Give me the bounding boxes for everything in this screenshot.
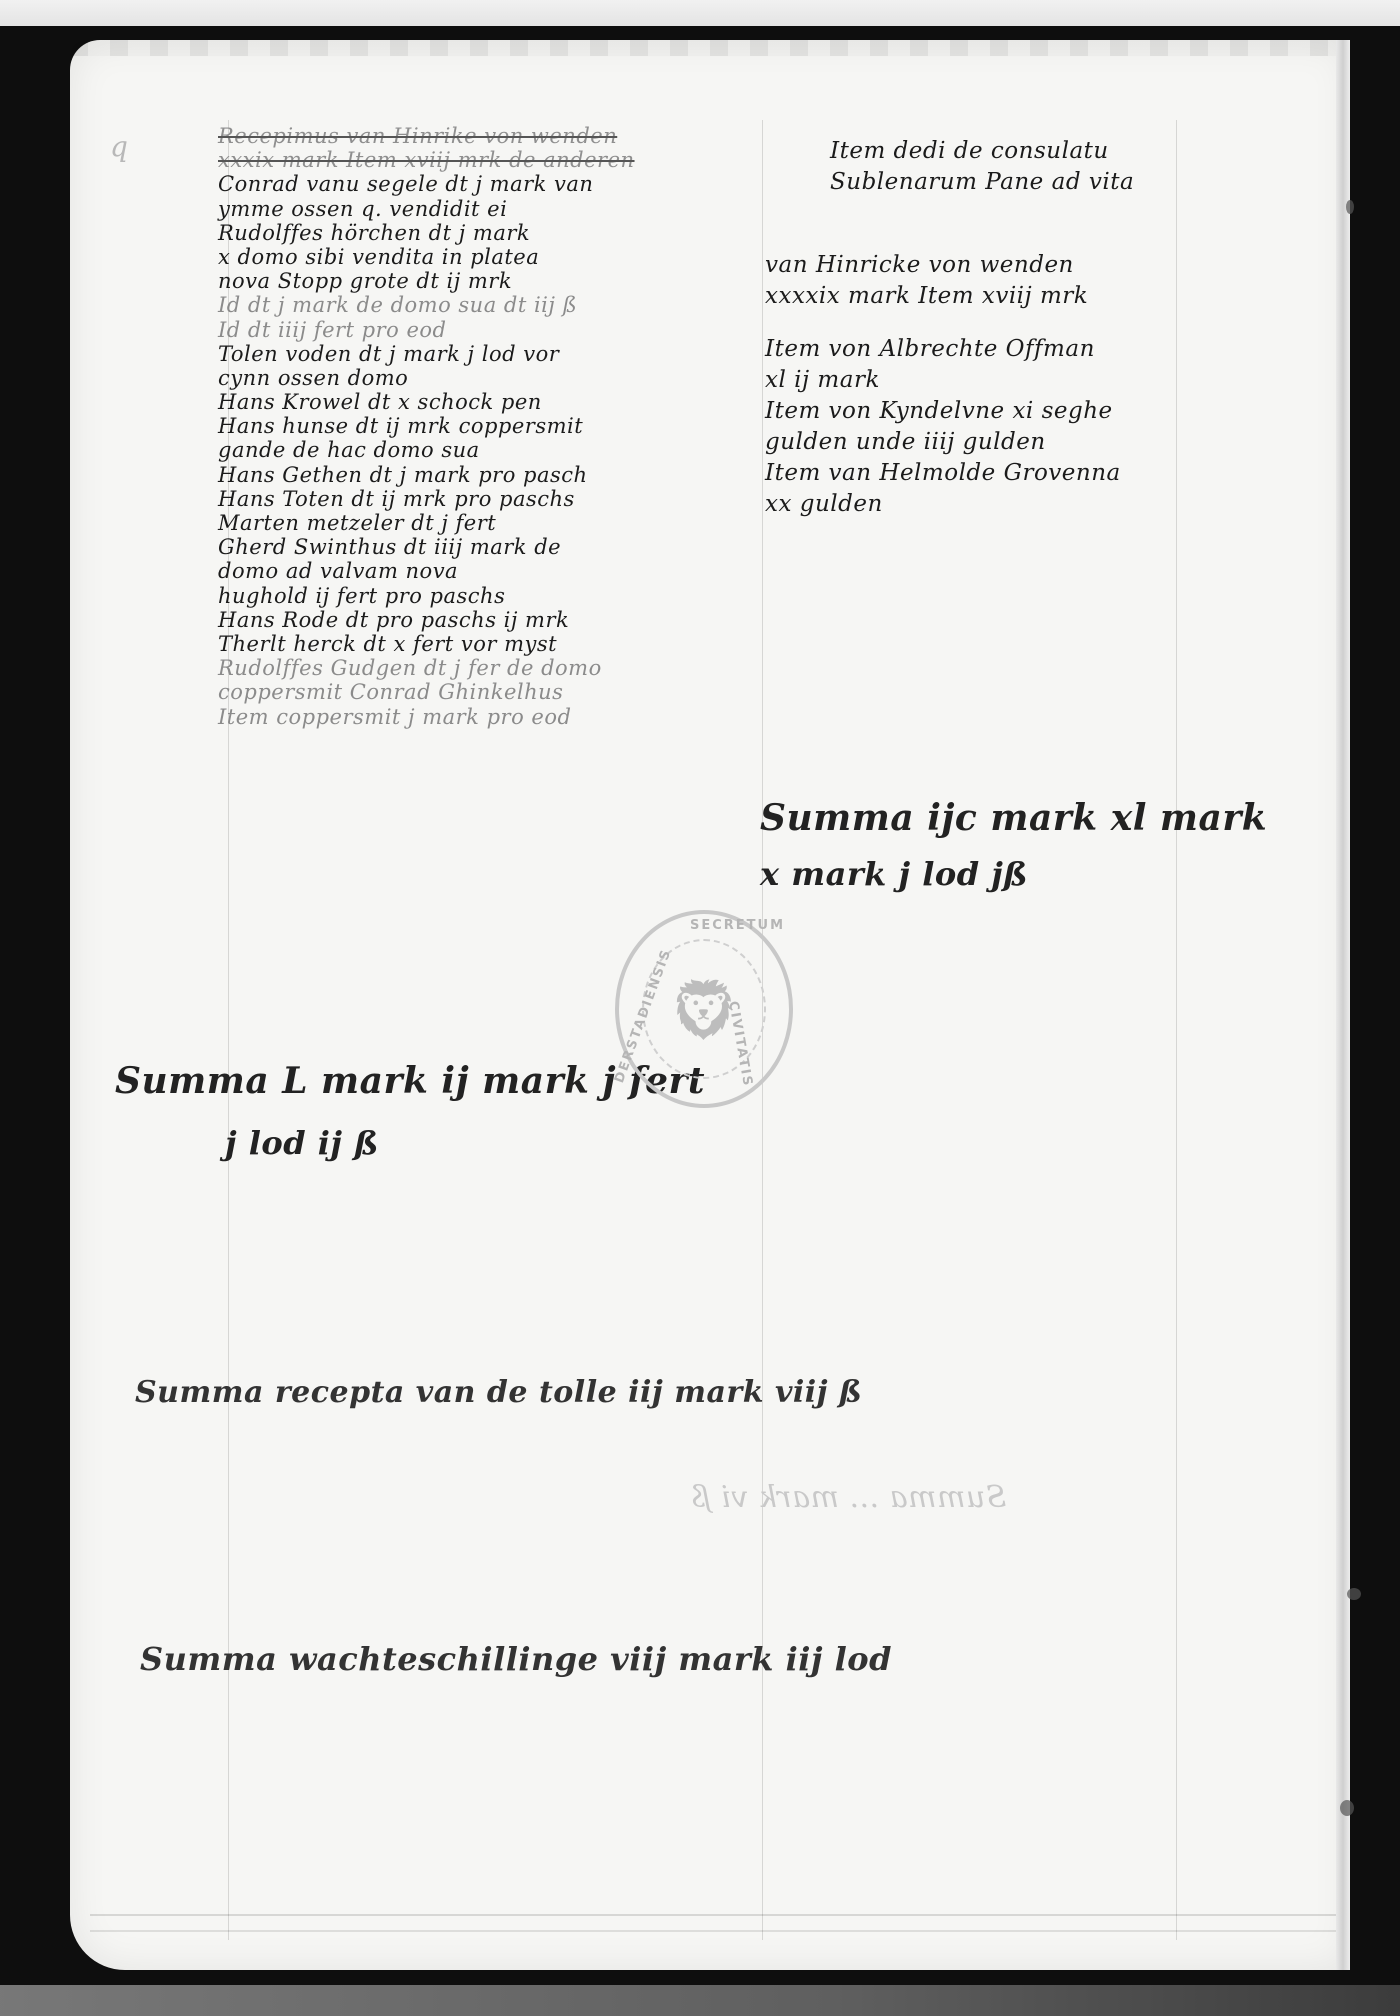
bleed-through-text: Summa ... mark vi ß: [690, 1480, 1006, 1515]
entry-line: Id dt iiij fert pro eod: [218, 318, 635, 342]
right-column: van Hinricke von wenden xxxxix mark Item…: [765, 250, 1121, 520]
entry-line: Gherd Swinthus dt iiij mark de: [218, 535, 635, 559]
ruling-line: [1176, 120, 1177, 1940]
entry-line: Therlt herck dt x fert vor myst: [218, 632, 635, 656]
entry-line: nova Stopp grote dt ij mrk: [218, 269, 635, 293]
summa-line: Summa wachteschillinge viij mark iij lod: [140, 1640, 892, 1678]
entry-line: Item coppersmit j mark pro eod: [218, 705, 635, 729]
entry-line: Rudolffes hörchen dt j mark: [218, 221, 635, 245]
scan-bottom-strip: [0, 1985, 1400, 2016]
entry-line: van Hinricke von wenden: [765, 250, 1121, 281]
folio-mark: q: [110, 130, 128, 163]
entry-line: Recepimus van Hinrike von wenden: [218, 124, 635, 148]
summa-line: x mark j lod jß: [760, 846, 1267, 902]
entry-line: hughold ij fert pro paschs: [218, 584, 635, 608]
entry-line: xxxix mark Item xviij mrk de anderen: [218, 148, 635, 172]
entry-line: x domo sibi vendita in platea: [218, 245, 635, 269]
entry-line: Hans hunse dt ij mrk coppersmit: [218, 414, 635, 438]
heading-line: Sublenarum Pane ad vita: [830, 167, 1134, 198]
entry-line: Tolen voden dt j mark j lod vor: [218, 342, 635, 366]
right-column-heading: Item dedi de consulatu Sublenarum Pane a…: [830, 136, 1134, 198]
entry-line: ymme ossen q. vendidit ei: [218, 197, 635, 221]
entry-line: Hans Krowel dt x schock pen: [218, 390, 635, 414]
summa-line: j lod ij ß: [115, 1112, 705, 1174]
entry-line: xl ij mark: [765, 365, 1121, 396]
entry-line: domo ad valvam nova: [218, 559, 635, 583]
summa-line: Summa ijc mark xl mark: [760, 790, 1267, 846]
entry-line: Marten metzeler dt j fert: [218, 511, 635, 535]
entry-line: Rudolffes Gudgen dt j fer de domo: [218, 656, 635, 680]
summa-line: Summa recepta van de tolle iij mark viij…: [135, 1375, 862, 1410]
entry-line: gande de hac domo sua: [218, 438, 635, 462]
entry-line: Id dt j mark de domo sua dt iij ß: [218, 293, 635, 317]
entry-line: Item von Albrechte Offman: [765, 334, 1121, 365]
page-gutter: [1336, 40, 1350, 1970]
entry-line: xx gulden: [765, 489, 1121, 520]
entry-line: Item van Helmolde Grovenna: [765, 458, 1121, 489]
entry-line: coppersmit Conrad Ghinkelhus: [218, 680, 635, 704]
ink-blot: [1346, 200, 1354, 214]
entry-line: xxxxix mark Item xviij mrk: [765, 281, 1121, 312]
heading-line: Item dedi de consulatu: [830, 136, 1134, 167]
summa-wachteschillinge: Summa wachteschillinge viij mark iij lod: [140, 1640, 892, 1678]
entry-line: cynn ossen domo: [218, 366, 635, 390]
summa-recepta: Summa recepta van de tolle iij mark viij…: [135, 1375, 862, 1410]
left-column: Recepimus van Hinrike von wenden xxxix m…: [218, 124, 635, 729]
entry-line: Conrad vanu segele dt j mark van: [218, 172, 635, 196]
ink-blot: [1340, 1800, 1354, 1816]
scan-top-strip: [0, 0, 1400, 26]
entry-line: gulden unde iiij gulden: [765, 427, 1121, 458]
stamp-text-top: SECRETUM: [690, 918, 785, 933]
summa-right: Summa ijc mark xl mark x mark j lod jß: [760, 790, 1267, 902]
entry-line: Hans Toten dt ij mrk pro paschs: [218, 487, 635, 511]
entry-line: Hans Gethen dt j mark pro pasch: [218, 463, 635, 487]
entry-line: Item von Kyndelvne xi seghe: [765, 396, 1121, 427]
entry-line: Hans Rode dt pro paschs ij mrk: [218, 608, 635, 632]
ink-blot: [1347, 1588, 1361, 1600]
